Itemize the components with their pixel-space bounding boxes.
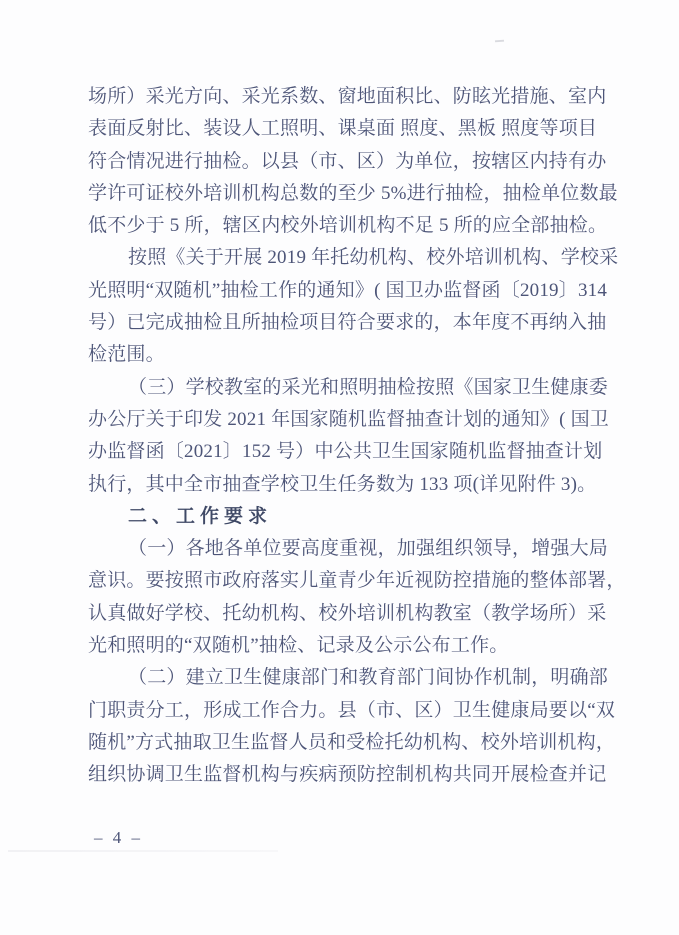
document-line: 办监督函〔2021〕152 号）中公共卫生国家随机监督抽查计划 xyxy=(88,436,610,468)
document-line: （三）学校教室的采光和照明抽检按照《国家卫生健康委 xyxy=(88,372,610,404)
document-line: 场所）采光方向、采光系数、窗地面积比、防眩光措施、室内 xyxy=(88,81,610,113)
document-line: 按照《关于开展 2019 年托幼机构、校外培训机构、学校采 xyxy=(88,242,610,274)
document-line: 意识。要按照市政府落实儿童青少年近视防控措施的整体部署， xyxy=(88,565,610,597)
scanned-document-page: 场所）采光方向、采光系数、窗地面积比、防眩光措施、室内表面反射比、装设人工照明、… xyxy=(0,0,679,935)
document-line: 随机”方式抽取卫生监督人员和受检托幼机构、校外培训机构， xyxy=(88,727,610,759)
page-number: – 4 – xyxy=(94,828,143,848)
document-line: 办公厅关于印发 2021 年国家随机监督抽查计划的通知》( 国卫 xyxy=(88,404,610,436)
document-line: 号）已完成抽检且所抽检项目符合要求的，本年度不再纳入抽 xyxy=(88,307,610,339)
document-line: 执行，其中全市抽查学校卫生任务数为 133 项(详见附件 3)。 xyxy=(88,469,610,501)
document-line: 组织协调卫生监督机构与疾病预防控制机构共同开展检查并记 xyxy=(88,759,610,791)
document-line: 表面反射比、装设人工照明、课桌面 照度、黑板 照度等项目 xyxy=(88,113,610,145)
document-line: 低不少于 5 所，辖区内校外培训机构不足 5 所的应全部抽检。 xyxy=(88,210,610,242)
document-line: （一）各地各单位要高度重视，加强组织领导，增强大局 xyxy=(88,533,610,565)
scan-artifact-dash xyxy=(495,40,504,43)
document-line: 光照明“双随机”抽检工作的通知》( 国卫办监督函〔2019〕314 xyxy=(88,275,610,307)
document-line: 检范围。 xyxy=(88,339,610,371)
document-line: 学许可证校外培训机构总数的至少 5%进行抽检，抽检单位数最 xyxy=(88,178,610,210)
document-line: 门职责分工，形成工作合力。县（市、区）卫生健康局要以“双 xyxy=(88,695,610,727)
document-line: （二）建立卫生健康部门和教育部门间协作机制，明确部 xyxy=(88,662,610,694)
document-body: 场所）采光方向、采光系数、窗地面积比、防眩光措施、室内表面反射比、装设人工照明、… xyxy=(88,81,610,792)
scan-artifact-line xyxy=(8,850,278,852)
section-heading-line: 二、工作要求 xyxy=(88,501,610,533)
document-line: 符合情况进行抽检。以县（市、区）为单位，按辖区内持有办 xyxy=(88,146,610,178)
document-line: 光和照明的“双随机”抽检、记录及公示公布工作。 xyxy=(88,630,610,662)
document-line: 认真做好学校、托幼机构、校外培训机构教室（教学场所）采 xyxy=(88,598,610,630)
